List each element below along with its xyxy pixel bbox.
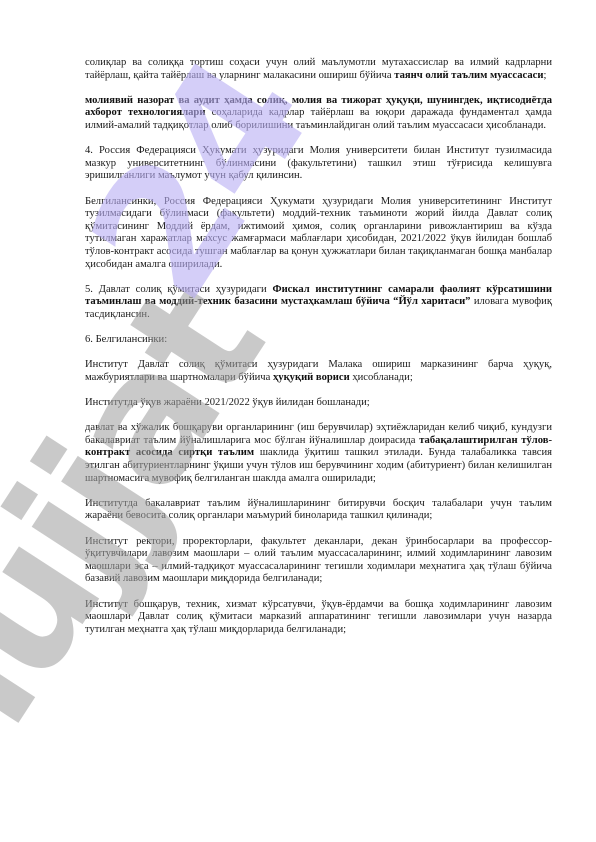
- paragraph-4: Белгилансинки, Россия Федерацияси Ҳукума…: [85, 196, 552, 272]
- text-run: Институт бошқарув, техник, хизмат кўрсат…: [85, 599, 552, 635]
- text-run: 5. Давлат солиқ қўмитаси ҳузуридаги: [85, 284, 272, 295]
- paragraph-item-4: 4. Россия Федерацияси Ҳукумати ҳузуридаг…: [85, 145, 552, 183]
- text-run: Институтда бакалавриат таълим йўналишлар…: [85, 498, 552, 522]
- bold-text-run: таянч олий таълим муассасаси: [394, 70, 543, 81]
- paragraph-9: давлат ва хўжалик бошқаруви органларинин…: [85, 422, 552, 485]
- text-run: Институтда ўқув жараёни 2021/2022 ўқув й…: [85, 397, 370, 408]
- document-page: солиқлар ва солиққа тортиш соҳаси учун о…: [85, 57, 552, 649]
- paragraph-7: Институт Давлат солиқ қўмитаси ҳузуридаг…: [85, 359, 552, 384]
- bold-text-run: ҳуқуқий вориси: [273, 372, 350, 383]
- paragraph-item-5: 5. Давлат солиқ қўмитаси ҳузуридаги Фиск…: [85, 284, 552, 322]
- paragraph-8: Институтда ўқув жараёни 2021/2022 ўқув й…: [85, 397, 552, 410]
- text-run: 4. Россия Федерацияси Ҳукумати ҳузуридаг…: [85, 145, 552, 181]
- text-run: Институт ректори, проректорлари, факульт…: [85, 536, 552, 585]
- text-run: ҳисобланади;: [350, 372, 413, 383]
- paragraph-2: молиявий назорат ва аудит ҳамда солиқ, м…: [85, 95, 552, 133]
- text-run: 6. Белгилансинки:: [85, 334, 167, 345]
- text-run: Белгилансинки, Россия Федерацияси Ҳукума…: [85, 196, 552, 270]
- paragraph-10: Институтда бакалавриат таълим йўналишлар…: [85, 498, 552, 523]
- paragraph-11: Институт ректори, проректорлари, факульт…: [85, 536, 552, 586]
- paragraph-item-6: 6. Белгилансинки:: [85, 334, 552, 347]
- text-run: ;: [543, 70, 546, 81]
- paragraph-1: солиқлар ва солиққа тортиш соҳаси учун о…: [85, 57, 552, 82]
- paragraph-12: Институт бошқарув, техник, хизмат кўрсат…: [85, 599, 552, 637]
